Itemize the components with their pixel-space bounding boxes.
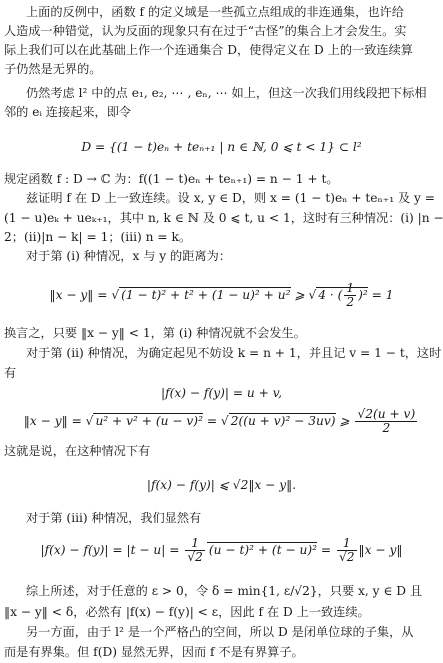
paragraph-line: 人造成一种错觉，认为反面的现象只有在过于“古怪”的集合上才会发生。实 — [4, 23, 406, 39]
equation-case1: ‖x − y‖ = √(1 − t)² + t² + (1 − u)² + u²… — [0, 282, 443, 309]
paragraph-line: 子仍然是无界的。 — [4, 61, 102, 77]
equation-case2b: ‖x − y‖ = √u² + v² + (u − v)² = √2((u + … — [0, 408, 443, 435]
paragraph-line: 换言之，只要 ‖x − y‖ < 1，第 (i) 种情况就不会发生。 — [4, 325, 306, 341]
paragraph-line: 另一方面，由于 l² 是一个严格凸的空间，所以 D 是闭单位球的子集，从 — [26, 624, 414, 640]
paragraph-line: 仍然考虑 l² 中的点 e₁, e₂, ⋯ , eₙ, ⋯ 如上，但这一次我们用… — [26, 85, 427, 101]
paragraph-line: 兹证明 f 在 D 上一致连续。设 x, y ∈ D，则 x = (1 − t)… — [26, 190, 435, 206]
equation-D: D = {(1 − t)eₙ + teₙ₊₁ | n ∈ ℕ, 0 ⩽ t < … — [0, 139, 443, 155]
paragraph-line: 邻的 eᵢ 连接起来，即令 — [4, 104, 131, 120]
paragraph-line: 对于第 (i) 种情况，x 与 y 的距离为： — [26, 248, 231, 264]
paragraph-line: 际上我们可以在此基础上作一个连通集合 D，使得定义在 D 上的一致连续算 — [4, 42, 413, 58]
paragraph-line: (1 − u)eₖ + ueₖ₊₁，其中 n, k ∈ ℕ 及 0 ⩽ t, u… — [4, 210, 443, 226]
paragraph-line: 而是有界集。但 f(D) 显然无界，因而 f 不是有界算子。 — [4, 644, 304, 660]
equation-case3: |f(x) − f(y)| = |t − u| = 1√2(u − t)² + … — [0, 537, 443, 564]
paragraph-line: 上面的反例中，函数 f 的定义域是一些孤立点组成的非连通集，也许给 — [26, 4, 404, 20]
paragraph-line: 对于第 (iii) 种情况，我们显然有 — [26, 510, 201, 526]
paragraph-line: 2；(ii)|n − k| = 1；(iii) n = k。 — [4, 229, 191, 245]
equation-case2c: |f(x) − f(y)| ⩽ √2‖x − y‖. — [0, 477, 443, 493]
paragraph-line: 对于第 (ii) 种情况，为确定起见不妨设 k = n + 1，并且记 v = … — [26, 345, 441, 361]
paragraph-line: 规定函数 f : D → ℂ 为：f((1 − t)eₙ + teₙ₊₁) = … — [4, 171, 339, 187]
paragraph-line: 综上所述，对于任意的 ε > 0，令 δ = min{1, ε/√2}，只要 x… — [26, 583, 422, 599]
paragraph-line: 有 — [4, 365, 16, 381]
paragraph-line: 这就是说，在这种情况下有 — [4, 443, 150, 459]
paragraph-line: ‖x − y‖ < δ，必然有 |f(x) − f(y)| < ε，因此 f 在… — [4, 604, 370, 620]
equation-case2a: |f(x) − f(y)| = u + v, — [0, 385, 443, 401]
